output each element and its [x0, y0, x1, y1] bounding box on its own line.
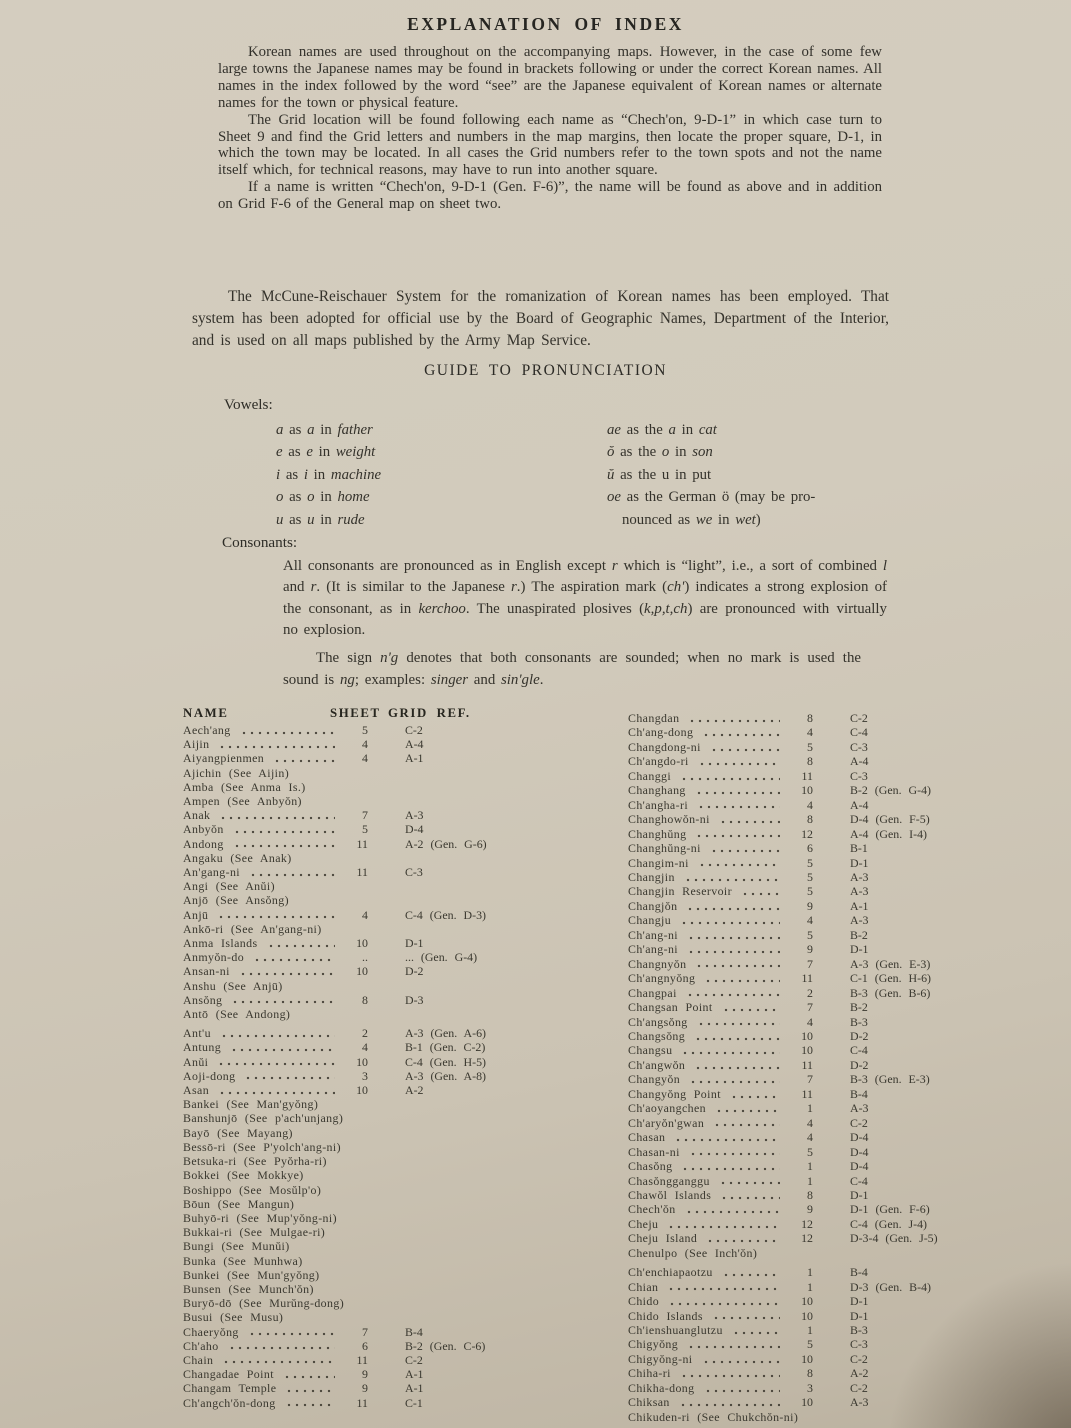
leader-dots — [704, 976, 780, 986]
sheet-number: 5 — [342, 723, 368, 737]
leader-dots — [267, 940, 335, 950]
index-row: Cheju12C-4 (Gen. J-4) — [628, 1217, 980, 1231]
grid-ref: C-3 — [850, 1337, 980, 1351]
entry-name: Chikha-dong — [628, 1381, 695, 1395]
index-row: Anmyŏn-do..... (Gen. G-4) — [183, 950, 535, 964]
sheet-number: 7 — [787, 957, 813, 971]
index-row: Ch'angha-ri4A-4 — [628, 798, 980, 812]
leader-dots — [685, 1207, 780, 1217]
sheet-number: 6 — [342, 1339, 368, 1353]
grid-ref: C-4 (Gen. H-5) — [405, 1055, 535, 1069]
entry-name: Antung — [183, 1040, 221, 1054]
index-row: Aech'ang5C-2 — [183, 723, 535, 737]
header-sheet: SHEET — [330, 706, 381, 721]
index-row: Changnyŏn7A-3 (Gen. E-3) — [628, 957, 980, 971]
index-row: Anjō (See Ansŏng) — [183, 893, 535, 907]
index-row: Chain11C-2 — [183, 1353, 535, 1367]
entry-name: Bukkai-ri (See Mulgae-ri) — [183, 1225, 325, 1239]
leader-dots — [231, 997, 335, 1007]
index-row: Changju4A-3 — [628, 913, 980, 927]
sheet-number: 3 — [342, 1069, 368, 1083]
entry-name: Bunka (See Munhwa) — [183, 1254, 303, 1268]
grid-ref: A-4 — [405, 737, 535, 751]
index-row: Asan10A-2 — [183, 1083, 535, 1097]
grid-ref: A-3 — [850, 884, 980, 898]
leader-dots — [217, 1059, 335, 1069]
index-row: Bessō-ri (See P'yolch'ang-ni) — [183, 1140, 535, 1154]
entry-name: Chaeryŏng — [183, 1325, 239, 1339]
leader-dots — [706, 1236, 780, 1246]
entry-name: Chigyŏng-ni — [628, 1352, 693, 1366]
sheet-number: 5 — [787, 1337, 813, 1351]
vowel-item: ŭ as the u in put — [607, 464, 815, 486]
leader-dots — [694, 1033, 780, 1043]
sheet-number: 5 — [787, 884, 813, 898]
vowels-list-left: a as a in fathere as e in weighti as i i… — [276, 419, 381, 531]
index-row: Chenulpo (See Inch'ŏn) — [628, 1246, 980, 1260]
leader-dots — [674, 1135, 780, 1145]
leader-dots — [697, 1019, 780, 1029]
entry-name: Aijin — [183, 737, 209, 751]
sheet-number: 4 — [787, 1015, 813, 1029]
grid-ref: D-4 (Gen. F-5) — [850, 812, 980, 826]
entry-name: Bayō (See Mayang) — [183, 1126, 293, 1140]
sheet-number: 8 — [342, 993, 368, 1007]
entry-name: Ant'u — [183, 1026, 211, 1040]
entry-name: Chech'ŏn — [628, 1202, 676, 1216]
leader-dots — [680, 773, 780, 783]
consonants-paragraph: All consonants are pronounced as in Engl… — [283, 556, 887, 641]
grid-ref: D-1 (Gen. F-6) — [850, 1202, 980, 1216]
entry-name: Ch'angch'ŏn-dong — [183, 1396, 276, 1410]
index-row: Banshunjō (See p'ach'unjang) — [183, 1111, 535, 1125]
grid-ref: A-1 — [405, 1381, 535, 1395]
vowels-label: Vowels: — [224, 396, 273, 414]
sheet-number: 5 — [787, 740, 813, 754]
leader-dots — [715, 1106, 780, 1116]
guide-title: GUIDE TO PRONUNCIATION — [20, 362, 1071, 380]
sheet-number: 1 — [787, 1159, 813, 1173]
sheet-number: 4 — [342, 908, 368, 922]
index-row: Changim-ni5D-1 — [628, 856, 980, 870]
grid-ref: B-2 (Gen. C-6) — [405, 1339, 535, 1353]
sheet-number: 5 — [787, 928, 813, 942]
entry-name: Changhŭng — [628, 827, 686, 841]
entry-name: Cheju Island — [628, 1231, 697, 1245]
vowel-item: ae as the a in cat — [607, 419, 815, 441]
leader-dots — [730, 1091, 780, 1101]
leader-dots — [239, 969, 335, 979]
grid-ref: D-4 — [850, 1159, 980, 1173]
index-row: Ch'angwŏn11D-2 — [628, 1058, 980, 1072]
sheet-number: 11 — [787, 1058, 813, 1072]
explanation-paragraph: The Grid location will be found followin… — [218, 112, 882, 180]
sheet-number: 10 — [787, 1395, 813, 1409]
entry-name: Chasŏngganggu — [628, 1174, 710, 1188]
sheet-number: 10 — [342, 964, 368, 978]
leader-dots — [695, 788, 780, 798]
grid-ref: A-2 — [405, 1083, 535, 1097]
grid-ref: B-3 — [850, 1015, 980, 1029]
index-row: Anŭi10C-4 (Gen. H-5) — [183, 1055, 535, 1069]
sheet-number: 8 — [787, 812, 813, 826]
index-row: Chigyŏng5C-3 — [628, 1337, 980, 1351]
index-row: Chiha-ri8A-2 — [628, 1366, 980, 1380]
vowel-item: ŏ as the o in son — [607, 441, 815, 463]
entry-name: Ch'ang-ni — [628, 928, 678, 942]
grid-ref: A-3 (Gen. E-3) — [850, 957, 980, 971]
index-row: Busui (See Musu) — [183, 1310, 535, 1324]
index-row: Chigyŏng-ni10C-2 — [628, 1352, 980, 1366]
index-row: Ch'ienshuanglutzu1B-3 — [628, 1323, 980, 1337]
sheet-number: 4 — [787, 1116, 813, 1130]
leader-dots — [680, 918, 780, 928]
grid-ref: C-4 — [850, 1043, 980, 1057]
entry-name: Anbyŏn — [183, 822, 224, 836]
entry-name: Anak — [183, 808, 210, 822]
ng-sign-paragraph: The sign n'g denotes that both consonant… — [283, 648, 861, 691]
leader-dots — [741, 889, 780, 899]
index-row: Betsuka-ri (See Pyŏrha-ri) — [183, 1154, 535, 1168]
leader-dots — [220, 1030, 335, 1040]
leader-dots — [219, 812, 335, 822]
entry-name: Ajichin (See Aijin) — [183, 766, 289, 780]
sheet-number: 11 — [787, 1087, 813, 1101]
sheet-number: 12 — [787, 827, 813, 841]
index-row: Antō (See Andong) — [183, 1007, 535, 1021]
index-row: Ansan-ni10D-2 — [183, 964, 535, 978]
entry-name: Bungi (See Munŭi) — [183, 1239, 290, 1253]
vowel-item: nounced as we in wet) — [607, 509, 815, 531]
grid-ref: B-3 (Gen. E-3) — [850, 1072, 980, 1086]
grid-ref: A-3 — [850, 1101, 980, 1115]
index-row: Angaku (See Anak) — [183, 851, 535, 865]
index-row: Bukkai-ri (See Mulgae-ri) — [183, 1225, 535, 1239]
entry-name: Ch'ienshuanglutzu — [628, 1323, 723, 1337]
index-left-column: Aech'ang5C-2Aijin4A-4Aiyangpienmen4A-1Aj… — [183, 723, 535, 1410]
grid-ref: A-3 — [850, 870, 980, 884]
grid-ref: C-4 — [850, 1174, 980, 1188]
index-row: Anma Islands10D-1 — [183, 936, 535, 950]
index-row: Buryō-dō (See Murŭng-dong) — [183, 1296, 535, 1310]
explanation-paragraph: If a name is written “Chech'on, 9-D-1 (G… — [218, 179, 882, 213]
sheet-number: 1 — [787, 1265, 813, 1279]
grid-ref: B-2 — [850, 928, 980, 942]
entry-name: Aech'ang — [183, 723, 231, 737]
entry-name: Anŭi — [183, 1055, 208, 1069]
sheet-number: .. — [342, 950, 368, 964]
entry-name: Chian — [628, 1280, 658, 1294]
sheet-number: 1 — [787, 1174, 813, 1188]
index-row: Ajichin (See Aijin) — [183, 766, 535, 780]
entry-name: Changhowŏn-ni — [628, 812, 710, 826]
leader-dots — [688, 715, 780, 725]
index-row: Bayō (See Mayang) — [183, 1126, 535, 1140]
sheet-number: 1 — [787, 1323, 813, 1337]
entry-name: Aoji-dong — [183, 1069, 235, 1083]
leader-dots — [719, 817, 780, 827]
grid-ref: A-3 (Gen. A-8) — [405, 1069, 535, 1083]
sheet-number: 10 — [787, 1309, 813, 1323]
romanization-paragraph: The McCune-Reischauer System for the rom… — [192, 286, 889, 352]
leader-dots — [684, 874, 780, 884]
romanization-section: The McCune-Reischauer System for the rom… — [192, 286, 889, 352]
sheet-number: 8 — [787, 1366, 813, 1380]
sheet-number: 3 — [787, 1381, 813, 1395]
sheet-number: 5 — [787, 856, 813, 870]
grid-ref: ... (Gen. G-4) — [405, 950, 535, 964]
entry-name: Ch'angdo-ri — [628, 754, 689, 768]
grid-ref: C-1 (Gen. H-6) — [850, 971, 980, 985]
entry-name: Boshippo (See Mosŭlp'o) — [183, 1183, 321, 1197]
vowel-item: i as i in machine — [276, 464, 381, 486]
leader-dots — [244, 1073, 335, 1083]
leader-dots — [687, 932, 780, 942]
grid-ref: A-1 — [405, 751, 535, 765]
index-row: Changhŭng12A-4 (Gen. I-4) — [628, 827, 980, 841]
grid-ref: B-4 — [850, 1265, 980, 1279]
entry-name: Betsuka-ri (See Pyŏrha-ri) — [183, 1154, 327, 1168]
sheet-number: 8 — [787, 754, 813, 768]
leader-dots — [720, 1192, 780, 1202]
entry-name: Chido Islands — [628, 1309, 703, 1323]
entry-name: Ch'angwŏn — [628, 1058, 685, 1072]
entry-name: Anjō (See Ansŏng) — [183, 893, 289, 907]
index-row: Changam Temple9A-1 — [183, 1381, 535, 1395]
sheet-number: 11 — [342, 837, 368, 851]
leader-dots — [687, 947, 780, 957]
sheet-number: 9 — [342, 1381, 368, 1395]
index-row: Bunka (See Munhwa) — [183, 1254, 535, 1268]
sheet-number: 10 — [342, 1083, 368, 1097]
index-row: Chido10D-1 — [628, 1294, 980, 1308]
leader-dots — [681, 1048, 780, 1058]
grid-ref: C-1 — [405, 1396, 535, 1410]
entry-name: Ampen (See Anbyŏn) — [183, 794, 302, 808]
index-row: Bokkei (See Mokkye) — [183, 1168, 535, 1182]
grid-ref: D-4 — [850, 1145, 980, 1159]
entry-name: Antō (See Andong) — [183, 1007, 290, 1021]
index-row: Chasŏng1D-4 — [628, 1159, 980, 1173]
grid-ref: D-2 — [850, 1058, 980, 1072]
grid-ref: B-4 — [405, 1325, 535, 1339]
sheet-number: 10 — [342, 1055, 368, 1069]
index-row: Ch'angch'ŏn-dong11C-1 — [183, 1396, 535, 1410]
grid-ref: A-2 (Gen. G-6) — [405, 837, 535, 851]
entry-name: Chawŏl Islands — [628, 1188, 711, 1202]
leader-dots — [697, 802, 780, 812]
grid-ref: B-1 — [850, 841, 980, 855]
consonants-label: Consonants: — [222, 534, 297, 552]
vowel-item: e as e in weight — [276, 441, 381, 463]
index-row: Changjŏn9A-1 — [628, 899, 980, 913]
grid-ref: D-1 — [850, 1188, 980, 1202]
index-row: Chiksan10A-3 — [628, 1395, 980, 1409]
grid-ref: C-2 — [850, 1381, 980, 1395]
leader-dots — [712, 1313, 780, 1323]
index-row: Changhowŏn-ni8D-4 (Gen. F-5) — [628, 812, 980, 826]
entry-name: Changdong-ni — [628, 740, 701, 754]
entry-name: Ch'angha-ri — [628, 798, 688, 812]
index-row: Aiyangpienmen4A-1 — [183, 751, 535, 765]
entry-name: An'gang-ni — [183, 865, 240, 879]
sheet-number: 11 — [342, 1353, 368, 1367]
index-row: Bōun (See Mangun) — [183, 1197, 535, 1211]
sheet-number: 4 — [342, 1040, 368, 1054]
leader-dots — [228, 1343, 335, 1353]
entry-name: Ch'aho — [183, 1339, 219, 1353]
entry-name: Changam Temple — [183, 1381, 276, 1395]
grid-ref: B-2 — [850, 1000, 980, 1014]
sheet-number: 4 — [787, 725, 813, 739]
vowel-item: o as o in home — [276, 486, 381, 508]
grid-ref: A-4 (Gen. I-4) — [850, 827, 980, 841]
entry-name: Anmyŏn-do — [183, 950, 244, 964]
index-row: Changdan8C-2 — [628, 711, 980, 725]
sheet-number: 4 — [787, 1130, 813, 1144]
grid-ref: C-3 — [850, 769, 980, 783]
index-row: Aijin4A-4 — [183, 737, 535, 751]
sheet-number: 9 — [342, 1367, 368, 1381]
sheet-number: 10 — [787, 1352, 813, 1366]
entry-name: Changgi — [628, 769, 671, 783]
grid-ref: D-1 — [850, 942, 980, 956]
entry-name: Changhŭng-ni — [628, 841, 701, 855]
leader-dots — [702, 730, 780, 740]
leader-dots — [722, 1270, 780, 1280]
index-row: Amba (See Anma Is.) — [183, 780, 535, 794]
sheet-number: 5 — [342, 822, 368, 836]
sheet-number: 1 — [787, 1280, 813, 1294]
entry-name: Bankei (See Man'gyŏng) — [183, 1097, 318, 1111]
index-row: Ch'enchiapaotzu1B-4 — [628, 1265, 980, 1279]
sheet-number: 10 — [787, 1294, 813, 1308]
index-row: Angi (See Anŭi) — [183, 879, 535, 893]
vowel-item: u as u in rude — [276, 509, 381, 531]
leader-dots — [698, 759, 780, 769]
grid-ref: A-4 — [850, 798, 980, 812]
index-row: Anbyŏn5D-4 — [183, 822, 535, 836]
sheet-number: 10 — [787, 783, 813, 797]
index-row: Ch'aho6B-2 (Gen. C-6) — [183, 1339, 535, 1353]
index-row: Bankei (See Man'gyŏng) — [183, 1097, 535, 1111]
leader-dots — [273, 756, 335, 766]
grid-ref: D-1 — [850, 1294, 980, 1308]
index-row: Ampen (See Anbyŏn) — [183, 794, 535, 808]
grid-ref: A-2 — [850, 1366, 980, 1380]
index-row: Boshippo (See Mosŭlp'o) — [183, 1183, 535, 1197]
leader-dots — [689, 1149, 780, 1159]
index-row: Ant'u2A-3 (Gen. A-6) — [183, 1026, 535, 1040]
grid-ref: A-1 — [405, 1367, 535, 1381]
sheet-number: 11 — [787, 971, 813, 985]
index-row: Changgi11C-3 — [628, 769, 980, 783]
vowel-item: a as a in father — [276, 419, 381, 441]
index-row: Changadae Point9A-1 — [183, 1367, 535, 1381]
index-row: Antung4B-1 (Gen. C-2) — [183, 1040, 535, 1054]
index-row: Ch'angdo-ri8A-4 — [628, 754, 980, 768]
index-row: Changyŏng Point11B-4 — [628, 1087, 980, 1101]
entry-name: Chasan-ni — [628, 1145, 680, 1159]
index-row: Chawŏl Islands8D-1 — [628, 1188, 980, 1202]
entry-name: Ch'ang-dong — [628, 725, 693, 739]
entry-name: Chenulpo (See Inch'ŏn) — [628, 1246, 757, 1260]
sheet-number: 2 — [342, 1026, 368, 1040]
entry-name: Changyŏn — [628, 1072, 680, 1086]
index-row: Chasan-ni5D-4 — [628, 1145, 980, 1159]
index-row: Bunsen (See Munch'ŏn) — [183, 1282, 535, 1296]
index-row: Buhyō-ri (See Mup'yŏng-ni) — [183, 1211, 535, 1225]
grid-ref: C-4 (Gen. D-3) — [405, 908, 535, 922]
index-row: Ch'ang-ni5B-2 — [628, 928, 980, 942]
index-row: Anshu (See Anjū) — [183, 979, 535, 993]
index-row: Ch'angnyŏng11C-1 (Gen. H-6) — [628, 971, 980, 985]
sheet-number: 9 — [787, 1202, 813, 1216]
entry-name: Cheju — [628, 1217, 658, 1231]
entry-name: Ch'aoyangchen — [628, 1101, 706, 1115]
grid-ref: D-1 — [850, 856, 980, 870]
index-row: Ch'aoyangchen1A-3 — [628, 1101, 980, 1115]
grid-ref: C-2 — [850, 1352, 980, 1366]
leader-dots — [695, 961, 780, 971]
entry-name: Bokkei (See Mokkye) — [183, 1168, 304, 1182]
index-row: Ch'angsŏng4B-3 — [628, 1015, 980, 1029]
entry-name: Changpai — [628, 986, 677, 1000]
index-row: Changyŏn7B-3 (Gen. E-3) — [628, 1072, 980, 1086]
vowel-item: oe as the German ö (may be pro- — [607, 486, 815, 508]
sheet-number: 9 — [787, 899, 813, 913]
grid-ref: C-4 — [850, 725, 980, 739]
grid-ref: D-3 — [405, 993, 535, 1007]
index-row: Chech'ŏn9D-1 (Gen. F-6) — [628, 1202, 980, 1216]
sheet-number: 7 — [342, 1325, 368, 1339]
entry-name: Amba (See Anma Is.) — [183, 780, 306, 794]
leader-dots — [681, 1164, 780, 1174]
leader-dots — [668, 1299, 780, 1309]
index-row: Chaeryŏng7B-4 — [183, 1325, 535, 1339]
grid-ref: C-4 (Gen. J-4) — [850, 1217, 980, 1231]
index-row: Anjū4C-4 (Gen. D-3) — [183, 908, 535, 922]
leader-dots — [285, 1386, 335, 1396]
index-row: Andong11A-2 (Gen. G-6) — [183, 837, 535, 851]
entry-name: Asan — [183, 1083, 209, 1097]
entry-name: Busui (See Musu) — [183, 1310, 283, 1324]
index-row: Anak7A-3 — [183, 808, 535, 822]
sheet-number: 12 — [787, 1217, 813, 1231]
leader-dots — [249, 869, 335, 879]
sheet-number: 4 — [787, 913, 813, 927]
index-row: Ch'aryŏn'gwan4C-2 — [628, 1116, 980, 1130]
sheet-number: 8 — [787, 711, 813, 725]
leader-dots — [686, 990, 780, 1000]
leader-dots — [698, 860, 780, 870]
sheet-number: 4 — [342, 737, 368, 751]
entry-name: Changju — [628, 913, 671, 927]
leader-dots — [732, 1327, 780, 1337]
index-row: Chikha-dong3C-2 — [628, 1381, 980, 1395]
leader-dots — [689, 1077, 780, 1087]
grid-ref: C-2 — [850, 1116, 980, 1130]
leader-dots — [285, 1400, 335, 1410]
leader-dots — [719, 1178, 780, 1188]
entry-name: Ansŏng — [183, 993, 222, 1007]
entry-name: Changdan — [628, 711, 679, 725]
leader-dots — [218, 1087, 335, 1097]
page-title: EXPLANATION OF INDEX — [20, 14, 1071, 35]
entry-name: Changim-ni — [628, 856, 689, 870]
entry-name: Chasan — [628, 1130, 665, 1144]
grid-ref: B-1 (Gen. C-2) — [405, 1040, 535, 1054]
